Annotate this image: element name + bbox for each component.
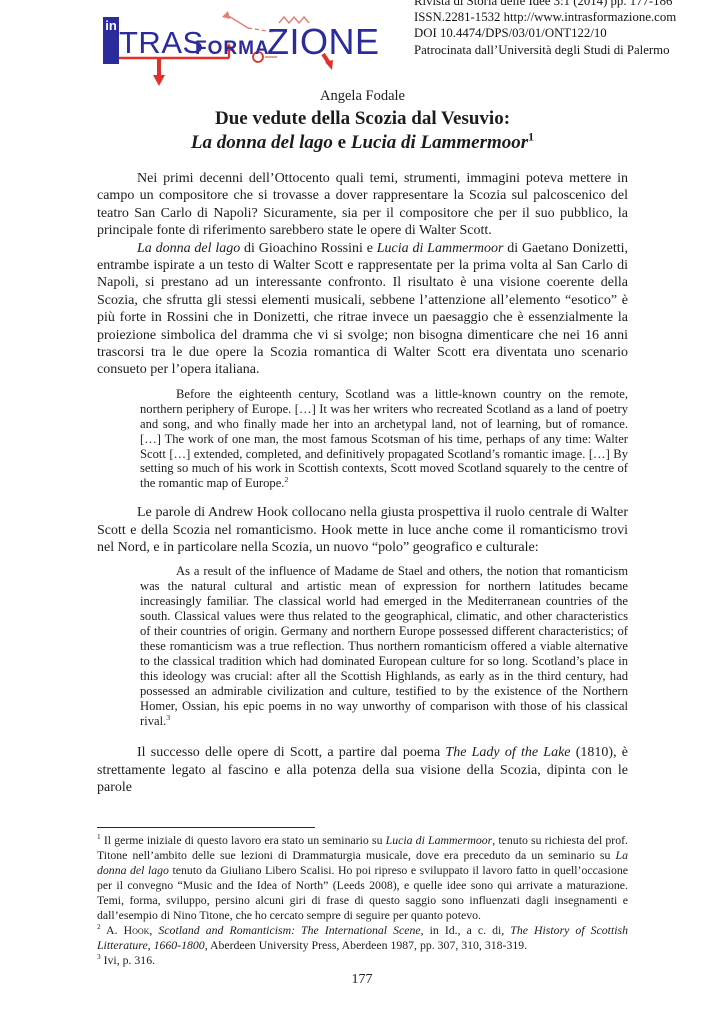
paragraph-2: La donna del lago di Gioachino Rossini e… (97, 240, 628, 379)
footnote-1: 1 Il germe iniziale di questo lavoro era… (97, 833, 628, 923)
footnotes: 1 Il germe iniziale di questo lavoro era… (0, 833, 724, 968)
logo-in-block: in (103, 17, 119, 64)
journal-logo: in TRAS FORMA ZIONE (95, 8, 387, 88)
journal-citation-line: Rivista di Storia delle Idee 3:1 (2014) … (414, 0, 676, 9)
paragraph-1: Nei primi decenni dell’Ottocento quali t… (97, 170, 628, 240)
footnote-3: 3 Ivi, p. 316. (97, 953, 628, 968)
document-page: in TRAS FORMA ZIONE Rivista di Storia de… (0, 0, 724, 1024)
patronage-line: Patrocinata dall’Università degli Studi … (414, 42, 676, 58)
footnote-separator (97, 827, 315, 828)
publication-info: Rivista di Storia delle Idee 3:1 (2014) … (414, 0, 676, 58)
paragraph-3: Le parole di Andrew Hook collocano nella… (97, 504, 628, 556)
paragraph-4: Il successo delle opere di Scott, a part… (97, 744, 628, 796)
issn-url-line: ISSN.2281-1532 http://www.intrasformazio… (414, 9, 676, 25)
footnote-2: 2 A. Hook, Scotland and Romanticism: The… (97, 923, 628, 953)
masthead: in TRAS FORMA ZIONE Rivista di Storia de… (0, 0, 724, 150)
logo-text-tras: TRAS (119, 25, 204, 61)
block-quote-1: Before the eighteenth century, Scotland … (140, 387, 628, 491)
block-quote-2: As a result of the influence of Madame d… (140, 564, 628, 728)
logo-text-forma: FORMA (195, 38, 270, 60)
doi-line: DOI 10.4474/DPS/03/01/ONT122/10 (414, 25, 676, 41)
page-number: 177 (0, 972, 724, 988)
logo-text-zione: ZIONE (267, 21, 380, 63)
